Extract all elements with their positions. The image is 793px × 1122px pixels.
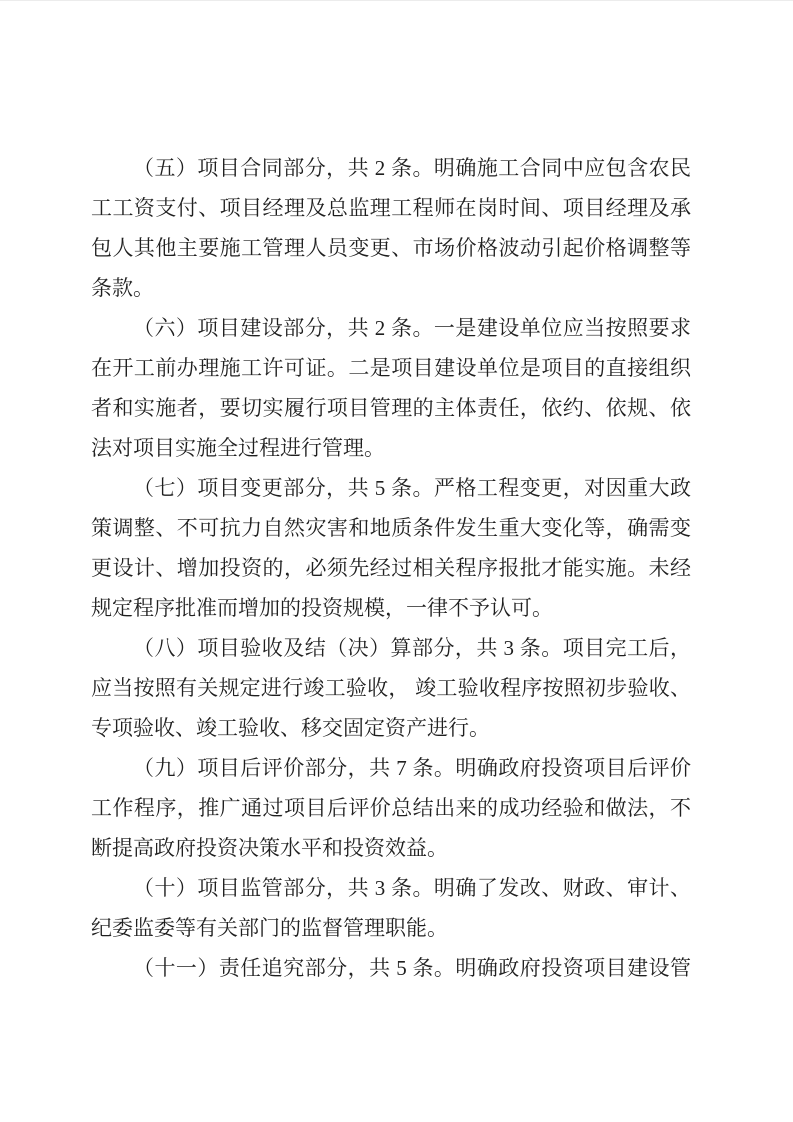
text-line: （七）项目变更部分，共 5 条。严格工程变更，对因重大政	[91, 468, 691, 508]
paragraph-section-6: （六）项目建设部分，共 2 条。一是建设单位应当按照要求在开工前办理施工许可证。…	[91, 308, 691, 468]
text-line: 断提高政府投资决策水平和投资效益。	[91, 828, 691, 868]
paragraph-section-9: （九）项目后评价部分，共 7 条。明确政府投资项目后评价工作程序，推广通过项目后…	[91, 748, 691, 868]
text-line: （五）项目合同部分，共 2 条。明确施工合同中应包含农民	[91, 148, 691, 188]
paragraph-section-7: （七）项目变更部分，共 5 条。严格工程变更，对因重大政策调整、不可抗力自然灾害…	[91, 468, 691, 628]
text-line: 规定程序批准而增加的投资规模，一律不予认可。	[91, 588, 691, 628]
text-line: 更设计、增加投资的，必须先经过相关程序报批才能实施。未经	[91, 548, 691, 588]
text-line: （八）项目验收及结（决）算部分，共 3 条。项目完工后，	[91, 628, 691, 668]
document-page: { "colors": { "page_background": "#fffff…	[0, 0, 793, 1122]
text-line: 应当按照有关规定进行竣工验收， 竣工验收程序按照初步验收、	[91, 668, 691, 708]
page-top-edge	[0, 0, 793, 1]
text-line: （十一）责任追究部分，共 5 条。明确政府投资项目建设管	[91, 948, 691, 988]
text-line: 纪委监委等有关部门的监督管理职能。	[91, 908, 691, 948]
text-line: （十）项目监管部分，共 3 条。明确了发改、财政、审计、	[91, 868, 691, 908]
text-line: （九）项目后评价部分，共 7 条。明确政府投资项目后评价	[91, 748, 691, 788]
text-line: 在开工前办理施工许可证。二是项目建设单位是项目的直接组织	[91, 348, 691, 388]
text-line: 工作程序，推广通过项目后评价总结出来的成功经验和做法，不	[91, 788, 691, 828]
text-line: 者和实施者，要切实履行项目管理的主体责任，依约、依规、依	[91, 388, 691, 428]
paragraph-section-11: （十一）责任追究部分，共 5 条。明确政府投资项目建设管	[91, 948, 691, 988]
document-body: （五）项目合同部分，共 2 条。明确施工合同中应包含农民工工资支付、项目经理及总…	[91, 148, 691, 988]
paragraph-section-5: （五）项目合同部分，共 2 条。明确施工合同中应包含农民工工资支付、项目经理及总…	[91, 148, 691, 308]
paragraph-section-8: （八）项目验收及结（决）算部分，共 3 条。项目完工后，应当按照有关规定进行竣工…	[91, 628, 691, 748]
text-line: 策调整、不可抗力自然灾害和地质条件发生重大变化等，确需变	[91, 508, 691, 548]
text-line: （六）项目建设部分，共 2 条。一是建设单位应当按照要求	[91, 308, 691, 348]
text-line: 工工资支付、项目经理及总监理工程师在岗时间、项目经理及承	[91, 188, 691, 228]
text-line: 包人其他主要施工管理人员变更、市场价格波动引起价格调整等	[91, 228, 691, 268]
text-line: 专项验收、竣工验收、移交固定资产进行。	[91, 708, 691, 748]
text-line: 条款。	[91, 268, 691, 308]
paragraph-section-10: （十）项目监管部分，共 3 条。明确了发改、财政、审计、纪委监委等有关部门的监督…	[91, 868, 691, 948]
text-line: 法对项目实施全过程进行管理。	[91, 428, 691, 468]
